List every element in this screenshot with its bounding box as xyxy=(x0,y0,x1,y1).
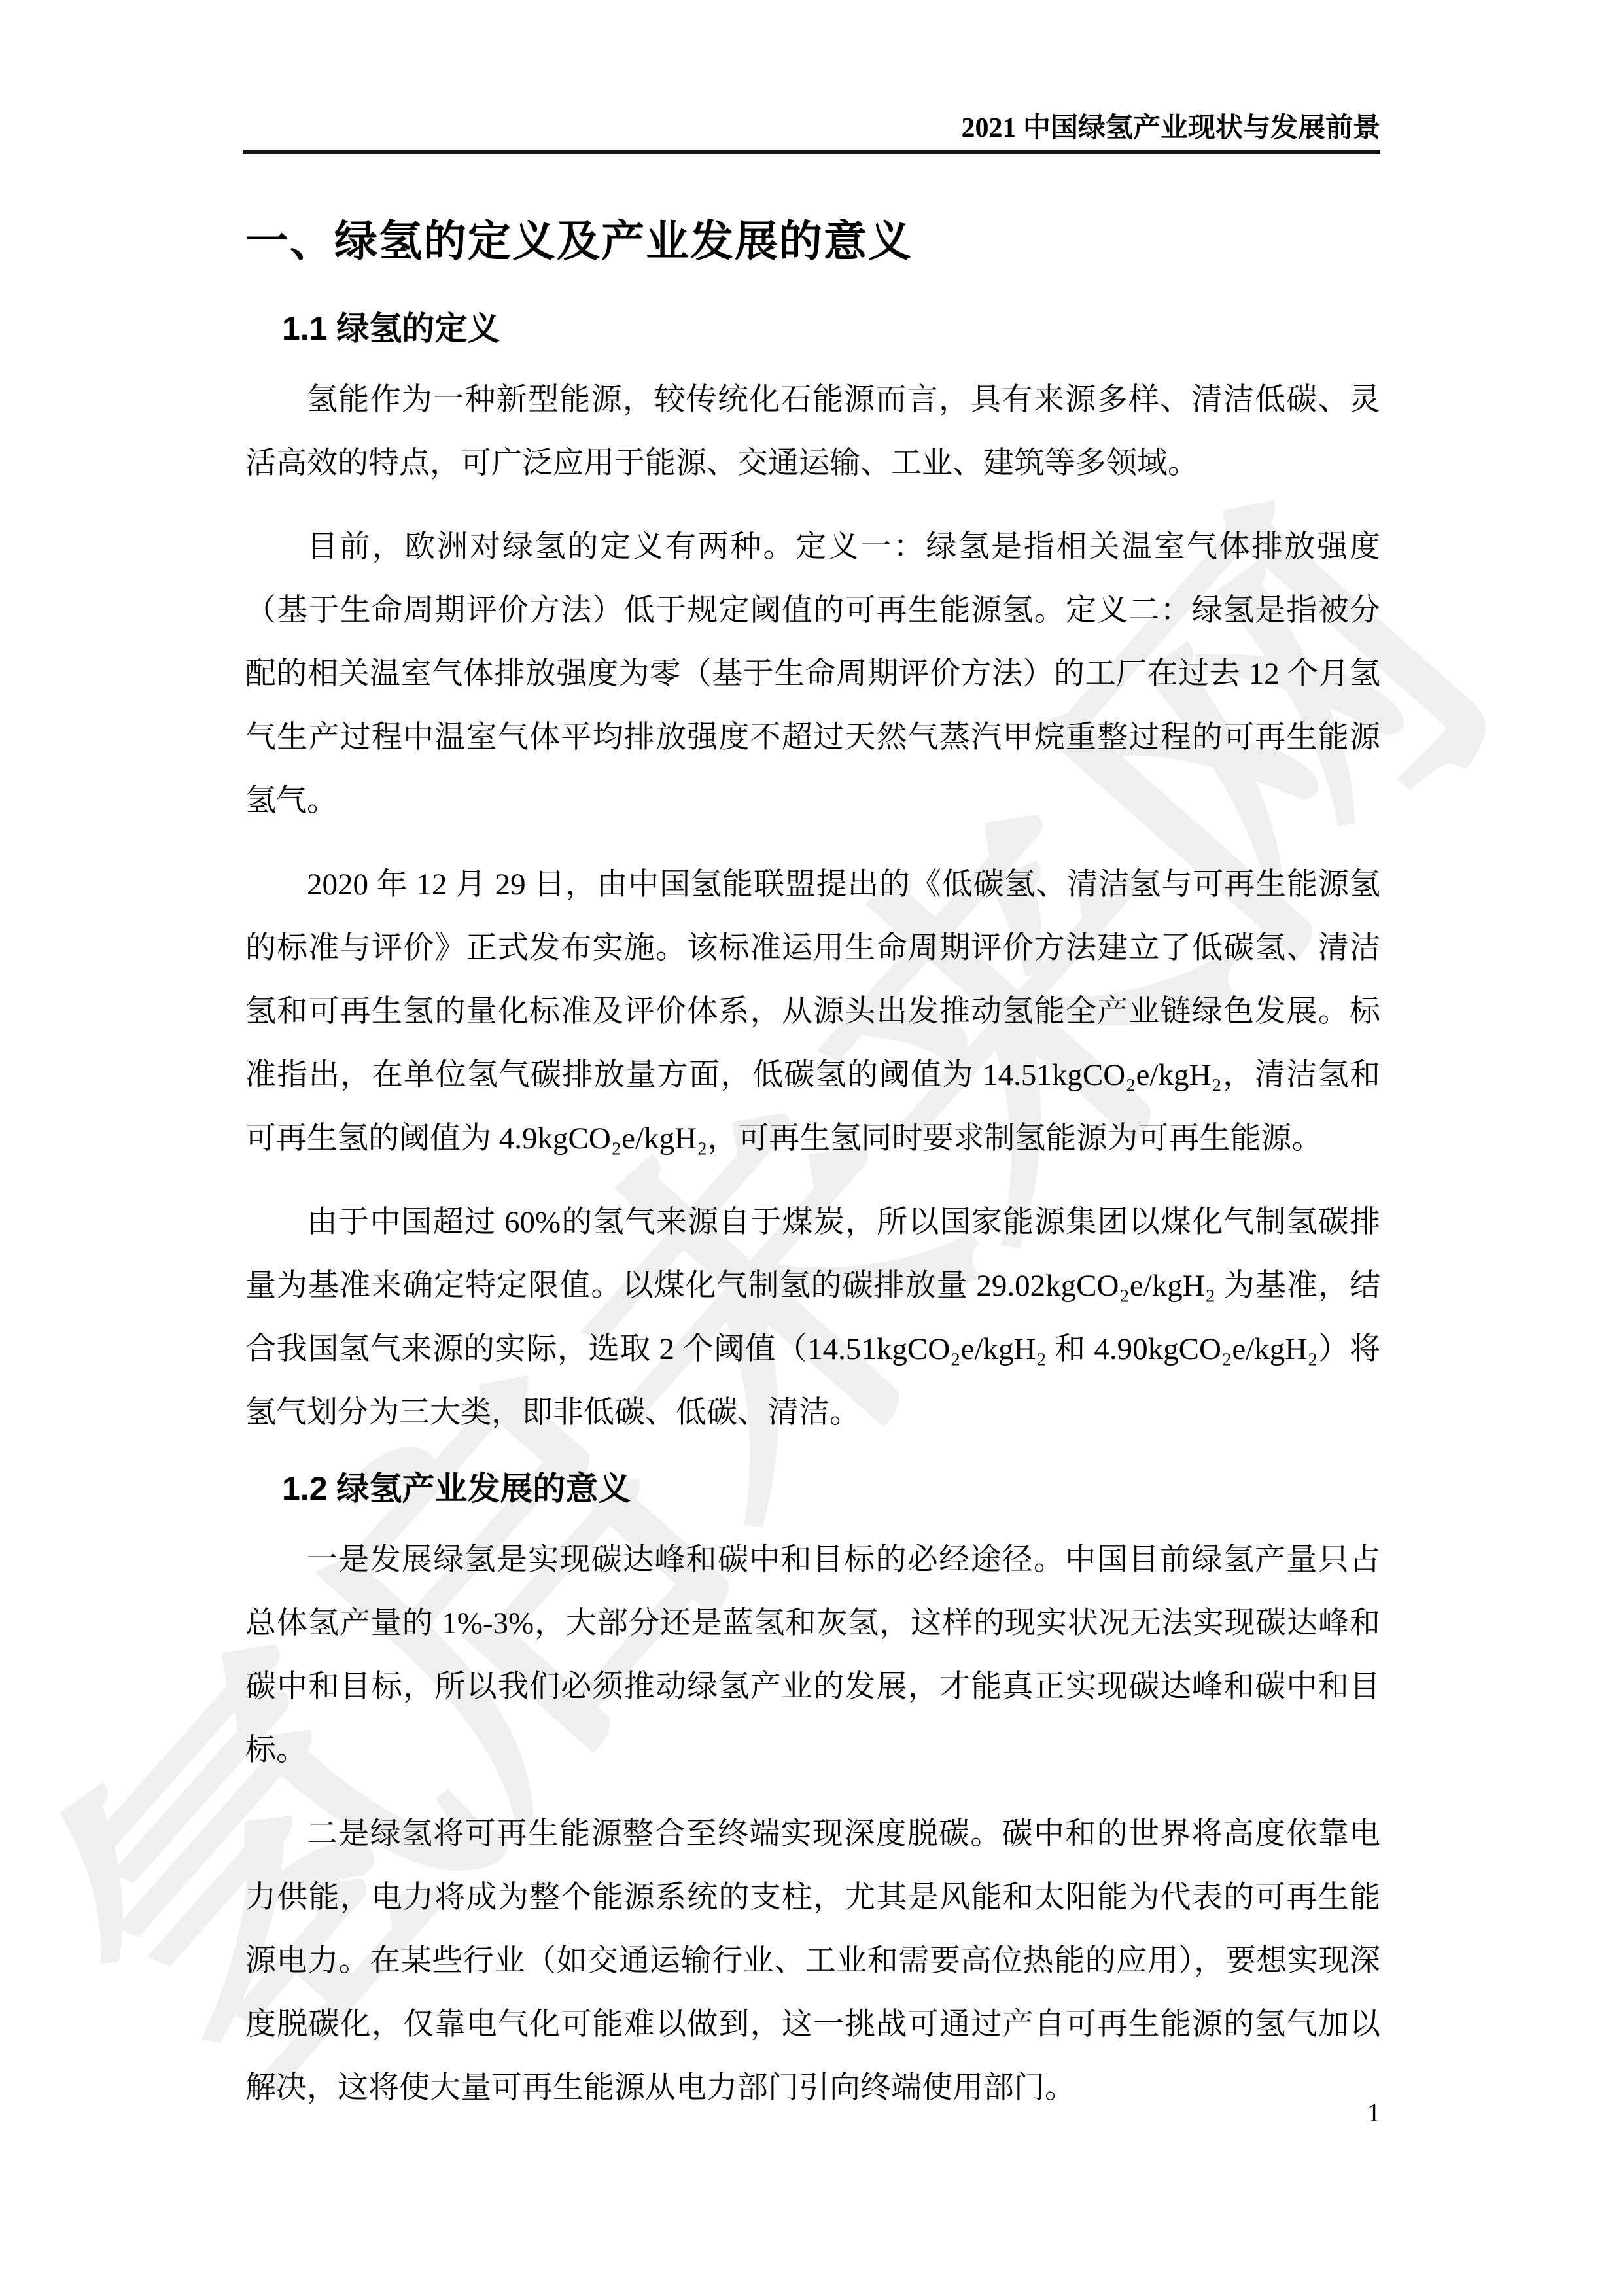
document-body: 一、绿氢的定义及产业发展的意义 1.1 绿氢的定义 氢能作为一种新型能源，较传统… xyxy=(245,0,1380,2140)
paragraph-europe-definitions: 目前，欧洲对绿氢的定义有两种。定义一：绿氢是指相关温室气体排放强度（基于生命周期… xyxy=(245,516,1380,833)
section-heading-1-1: 1.1 绿氢的定义 xyxy=(282,305,1380,352)
paragraph-coal-baseline: 由于中国超过 60%的氢气来源自于煤炭，所以国家能源集团以煤化气制氢碳排量为基准… xyxy=(245,1191,1380,1445)
chapter-title: 一、绿氢的定义及产业发展的意义 xyxy=(245,211,1380,271)
paragraph-china-standard: 2020 年 12 月 29 日，由中国氢能联盟提出的《低碳氢、清洁氢与可再生能… xyxy=(245,853,1380,1171)
paragraph-hydrogen-overview: 氢能作为一种新型能源，较传统化石能源而言，具有来源多样、清洁低碳、灵活高效的特点… xyxy=(245,368,1380,495)
page-number: 1 xyxy=(243,2097,1380,2128)
paragraph-deep-decarbonization: 二是绿氢将可再生能源整合至终端实现深度脱碳。碳中和的世界将高度依靠电力供能，电力… xyxy=(245,1803,1380,2120)
document-page: 氢启未来网 2021 中国绿氢产业现状与发展前景 一、绿氢的定义及产业发展的意义… xyxy=(0,0,1623,2296)
paragraph-carbon-goals: 一是发展绿氢是实现碳达峰和碳中和目标的必经途径。中国目前绿氢产量只占总体氢产量的… xyxy=(245,1528,1380,1782)
section-heading-1-2: 1.2 绿氢产业发展的意义 xyxy=(282,1465,1380,1512)
